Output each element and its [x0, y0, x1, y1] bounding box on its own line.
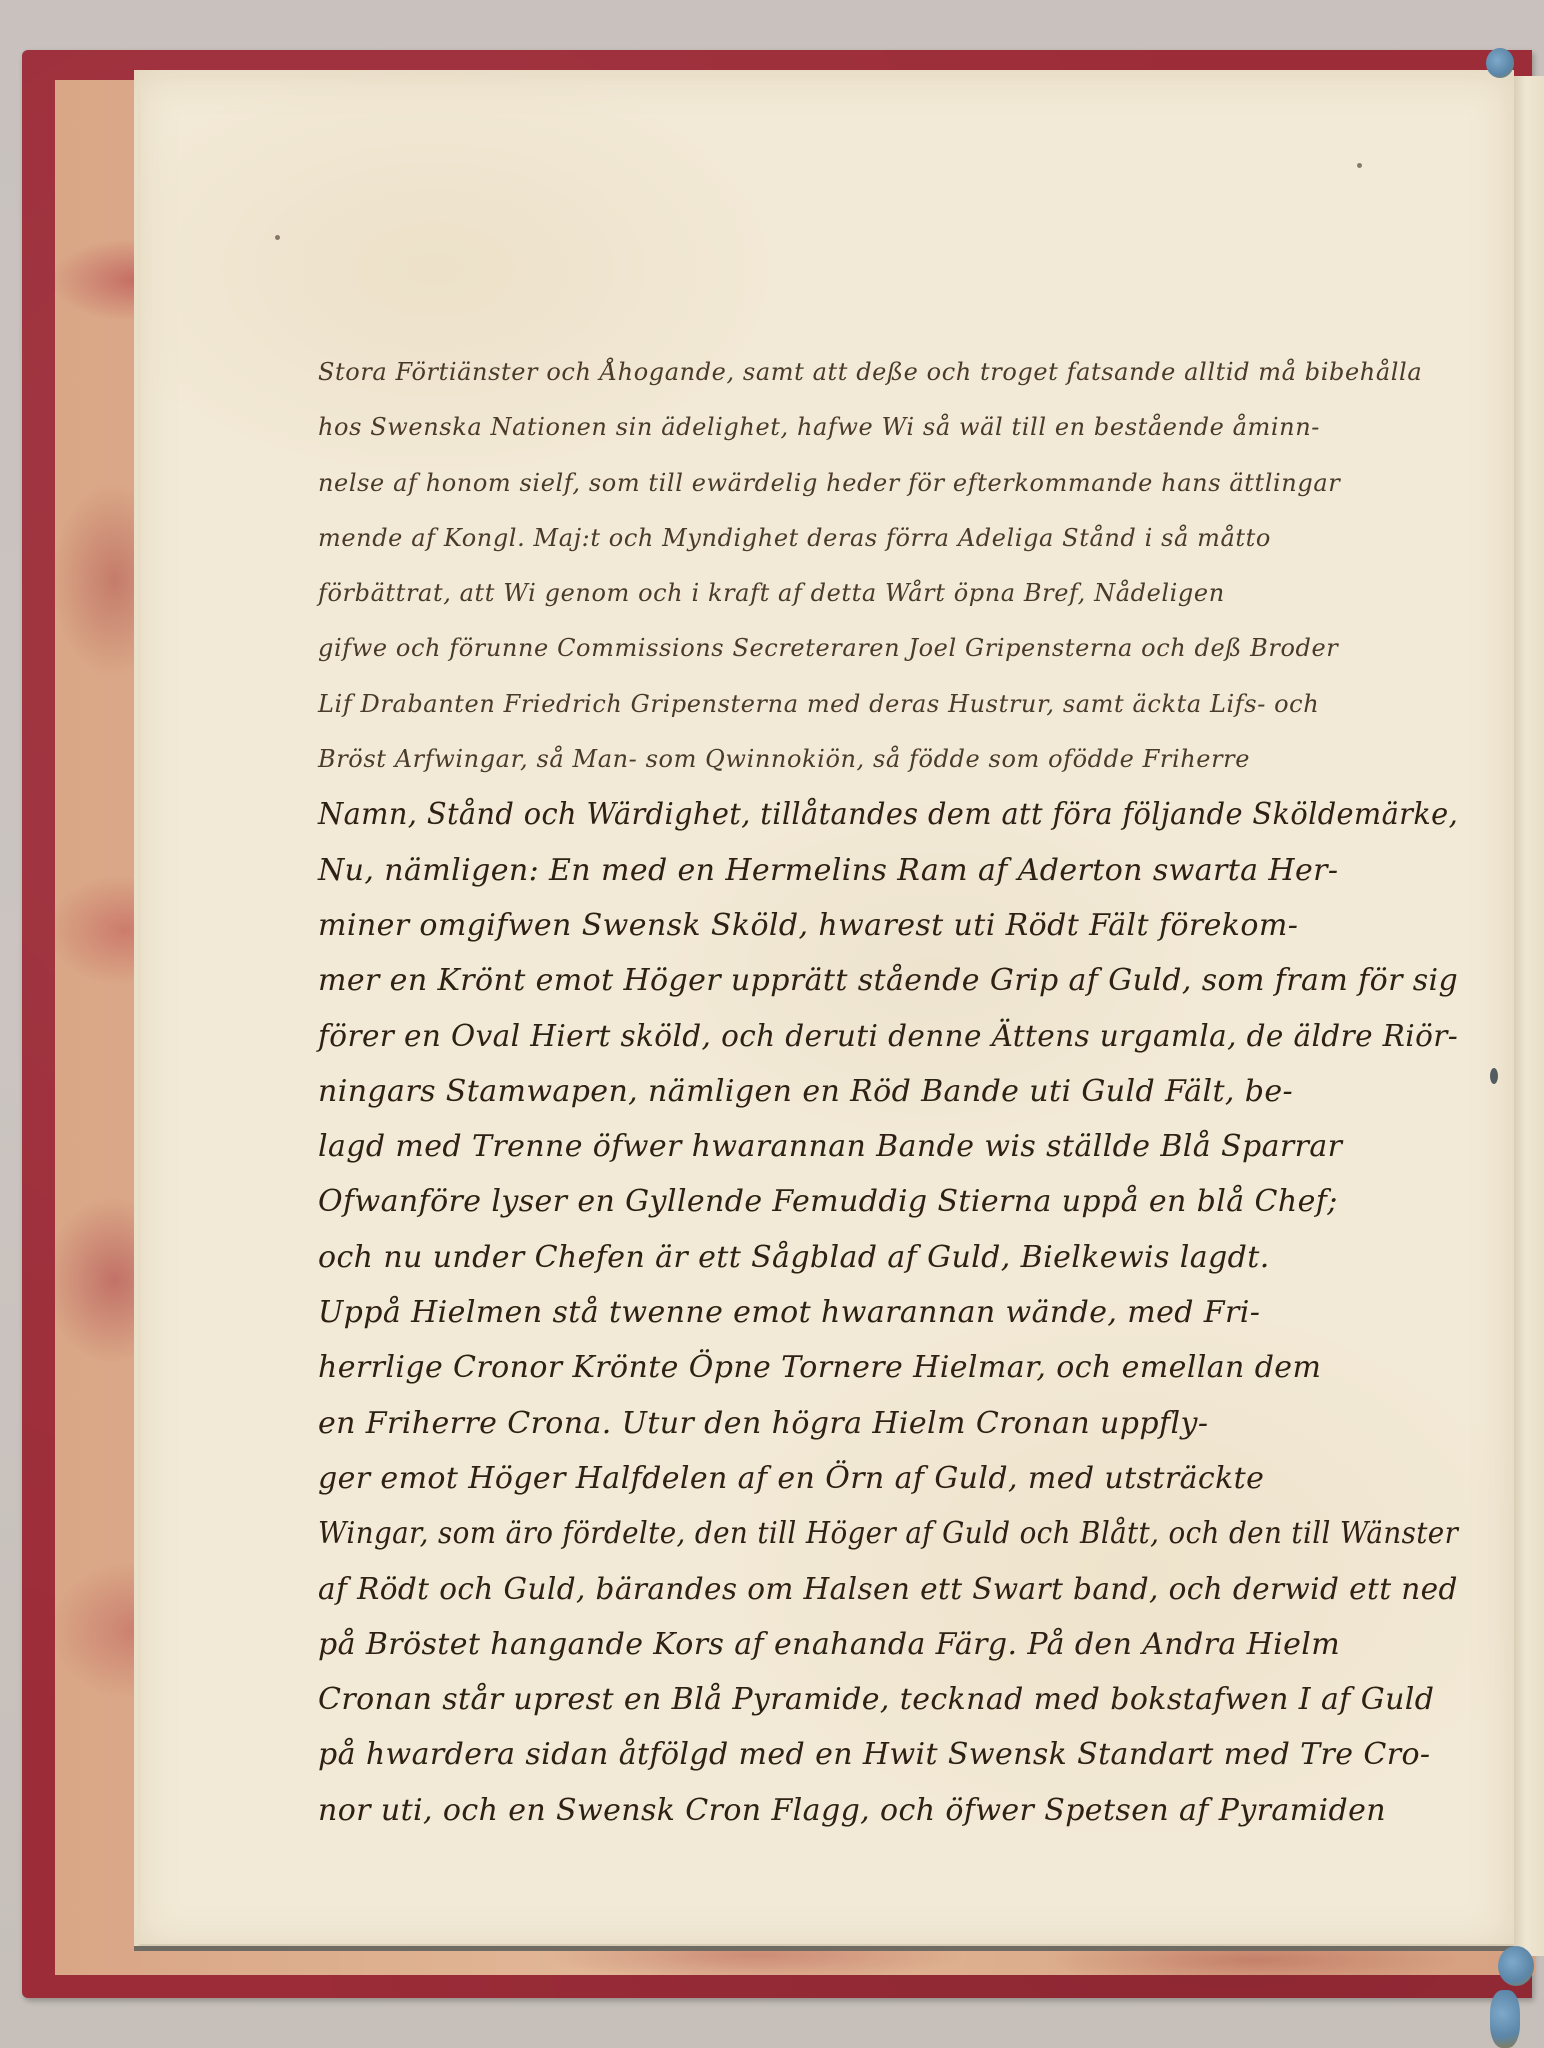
text-line-27: nor uti, och en Swensk Cron Flagg, och ö…	[318, 1783, 1458, 1838]
ink-speck	[275, 235, 280, 240]
text-line-14: ningars Stamwapen, nämligen en Röd Bande…	[318, 1064, 1458, 1119]
text-line-4: mende af Kongl. Maj:t och Myndighet dera…	[318, 511, 1458, 566]
ink-speck	[1357, 163, 1362, 168]
text-line-20: en Friherre Crona. Utur den högra Hielm …	[318, 1396, 1458, 1451]
text-line-24: på Bröstet hangande Kors af enahanda Fär…	[318, 1617, 1458, 1672]
ink-speck	[1490, 1068, 1498, 1084]
text-line-19: herrlige Cronor Krönte Öpne Tornere Hiel…	[318, 1340, 1458, 1395]
text-line-26: på hwardera sidan åtfölgd med en Hwit Sw…	[318, 1727, 1458, 1782]
text-line-15: lagd med Trenne öfwer hwarannan Bande wi…	[318, 1119, 1458, 1174]
text-line-23: af Rödt och Guld, bärandes om Halsen ett…	[318, 1562, 1440, 1617]
text-line-21: ger emot Höger Halfdelen af en Örn af Gu…	[318, 1451, 1458, 1506]
page-bottom-edge	[134, 1946, 1514, 1951]
text-line-1: Stora Förtiänster och Åhogande, samt att…	[318, 345, 1458, 400]
tie-cord-top-icon	[1486, 48, 1514, 78]
text-line-11: miner omgifwen Swensk Sköld, hwarest uti…	[318, 898, 1458, 953]
text-line-22: Wingar, som äro fördelte, den till Höger…	[318, 1506, 1374, 1561]
text-line-3: nelse af honom sielf, som till ewärdelig…	[318, 456, 1458, 511]
tie-cord-tail-icon	[1490, 1990, 1520, 2048]
adjacent-page-edge	[1512, 76, 1544, 1956]
text-line-17: och nu under Chefen är ett Sågblad af Gu…	[318, 1230, 1458, 1285]
text-line-9: Namn, Stånd och Wärdighet, tillåtandes d…	[318, 787, 1412, 842]
text-line-16: Ofwanföre lyser en Gyllende Femuddig Sti…	[318, 1174, 1458, 1229]
text-line-2: hos Swenska Nationen sin ädelighet, hafw…	[318, 400, 1458, 455]
text-line-5: förbättrat, att Wi genom och i kraft af …	[318, 566, 1458, 621]
text-line-8: Bröst Arfwingar, så Man- som Qwinnokiön,…	[318, 732, 1458, 787]
text-line-7: Lif Drabanten Friedrich Gripensterna med…	[318, 677, 1458, 732]
text-line-10: Nu, nämligen: En med en Hermelins Ram af…	[318, 843, 1458, 898]
text-line-6: gifwe och förunne Commissions Secreterar…	[318, 621, 1458, 676]
text-line-13: förer en Oval Hiert sköld, och deruti de…	[318, 1009, 1439, 1064]
manuscript-text: Stora Förtiänster och Åhogande, samt att…	[318, 345, 1458, 1838]
text-line-25: Cronan står uprest en Blå Pyramide, teck…	[318, 1672, 1458, 1727]
tie-cord-bottom-icon	[1498, 1946, 1534, 1986]
text-line-12: mer en Krönt emot Höger upprätt stående …	[318, 953, 1458, 1008]
text-line-18: Uppå Hielmen stå twenne emot hwarannan w…	[318, 1285, 1458, 1340]
